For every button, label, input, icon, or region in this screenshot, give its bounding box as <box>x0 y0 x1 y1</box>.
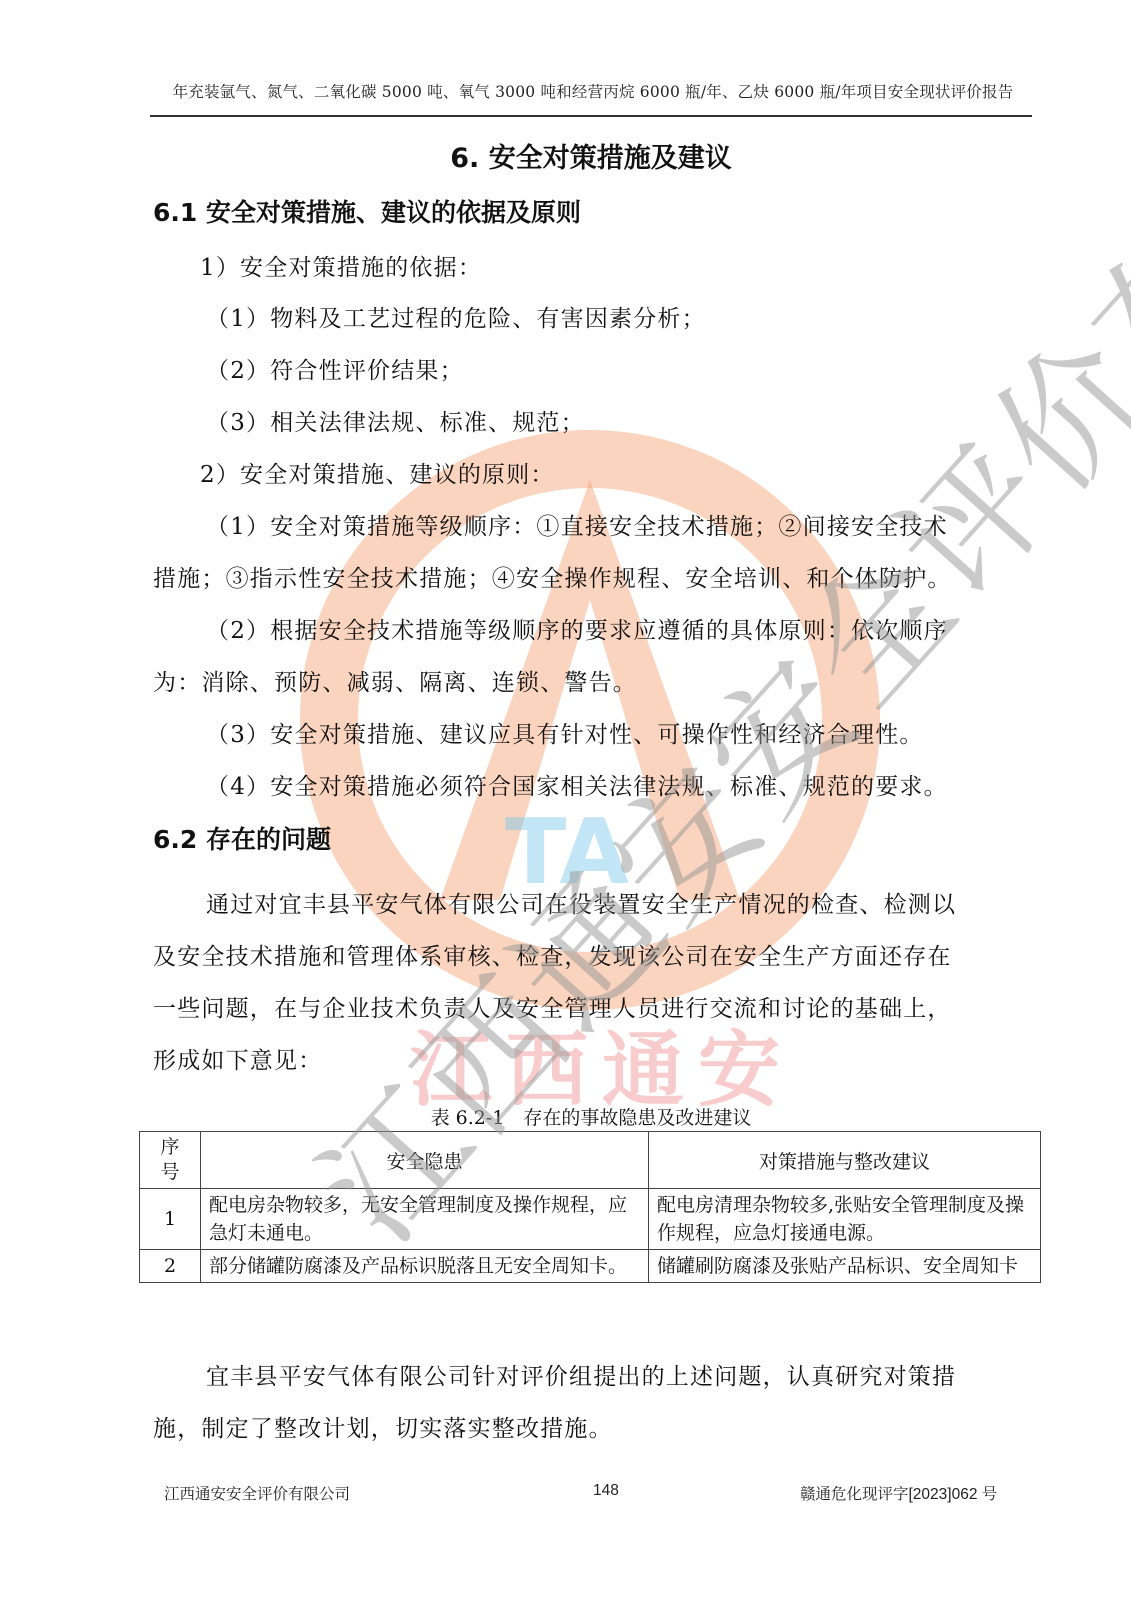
table-caption: 表 6.2-1 存在的事故隐患及改进建议 <box>150 1103 1032 1130</box>
column-header-hazard: 安全隐患 <box>201 1132 649 1189</box>
watermark-logo-triangle-cutout <box>500 600 680 900</box>
paragraph-line: 2）安全对策措施、建议的原则： <box>200 456 555 489</box>
table-row: 2 部分储罐防腐漆及产品标识脱落且无安全周知卡。 储罐刷防腐漆及张贴产品标识、安… <box>140 1250 1041 1283</box>
header-divider <box>150 115 1032 117</box>
paragraph-line: （3）相关法律法规、标准、规范； <box>206 404 585 437</box>
footer-company: 江西通安安全评价有限公司 <box>164 1482 350 1504</box>
paragraph-line: 一些问题，在与企业技术负责人及安全管理人员进行交流和讨论的基础上， <box>153 990 952 1023</box>
section-heading-6-1: 6.1 安全对策措施、建议的依据及原则 <box>153 193 581 229</box>
row-measure: 配电房清理杂物较多,张贴安全管理制度及操作规程，应急灯接通电源。 <box>649 1189 1041 1250</box>
paragraph-line: （1）安全对策措施等级顺序：①直接安全技术措施；②间接安全技术 <box>206 508 948 541</box>
row-index: 1 <box>140 1189 201 1250</box>
paragraph-line: （2）根据安全技术措施等级顺序的要求应遵循的具体原则：依次顺序 <box>206 612 948 645</box>
paragraph-line: （4）安全对策措施必须符合国家相关法律法规、标准、规范的要求。 <box>206 768 948 801</box>
column-header-index: 序 号 <box>140 1132 201 1189</box>
paragraph-line: 通过对宜丰县平安气体有限公司在役装置安全生产情况的检查、检测以 <box>206 886 956 919</box>
chapter-title: 6. 安全对策措施及建议 <box>150 136 1032 175</box>
table-header-row: 序 号 安全隐患 对策措施与整改建议 <box>140 1132 1041 1189</box>
paragraph-line: （3）安全对策措施、建议应具有针对性、可操作性和经济合理性。 <box>206 716 924 749</box>
paragraph-line: 1）安全对策措施的依据： <box>200 249 482 282</box>
paragraph-line: 施，制定了整改计划，切实落实整改措施。 <box>153 1410 613 1443</box>
footer-doc-number: 赣通危化现评字[2023]062 号 <box>800 1482 997 1504</box>
paragraph-line: 为：消除、预防、减弱、隔离、连锁、警告。 <box>153 664 637 697</box>
column-header-measure: 对策措施与整改建议 <box>649 1132 1041 1189</box>
paragraph-line: 及安全技术措施和管理体系审核、检查，发现该公司在安全生产方面还存在 <box>153 938 952 971</box>
row-hazard: 部分储罐防腐漆及产品标识脱落且无安全周知卡。 <box>201 1250 649 1283</box>
paragraph-line: （2）符合性评价结果； <box>206 352 464 385</box>
hazard-table: 序 号 安全隐患 对策措施与整改建议 1 配电房杂物较多，无安全管理制度及操作规… <box>139 1131 1041 1283</box>
section-heading-6-2: 6.2 存在的问题 <box>153 820 331 856</box>
running-header: 年充装氩气、氮气、二氧化碳 5000 吨、氧气 3000 吨和经营丙烷 6000… <box>153 80 1033 102</box>
paragraph-line: 形成如下意见： <box>153 1042 322 1075</box>
footer-page-number: 148 <box>593 1482 619 1500</box>
paragraph-line: （1）物料及工艺过程的危险、有害因素分析； <box>206 300 706 333</box>
table-row: 1 配电房杂物较多，无安全管理制度及操作规程，应急灯未通电。 配电房清理杂物较多… <box>140 1189 1041 1250</box>
row-hazard: 配电房杂物较多，无安全管理制度及操作规程，应急灯未通电。 <box>201 1189 649 1250</box>
paragraph-line: 宜丰县平安气体有限公司针对评价组提出的上述问题，认真研究对策措 <box>206 1358 956 1391</box>
paragraph-line: 措施；③指示性安全技术措施；④安全操作规程、安全培训、和个体防护。 <box>153 560 952 593</box>
row-measure: 储罐刷防腐漆及张贴产品标识、安全周知卡 <box>649 1250 1041 1283</box>
row-index: 2 <box>140 1250 201 1283</box>
